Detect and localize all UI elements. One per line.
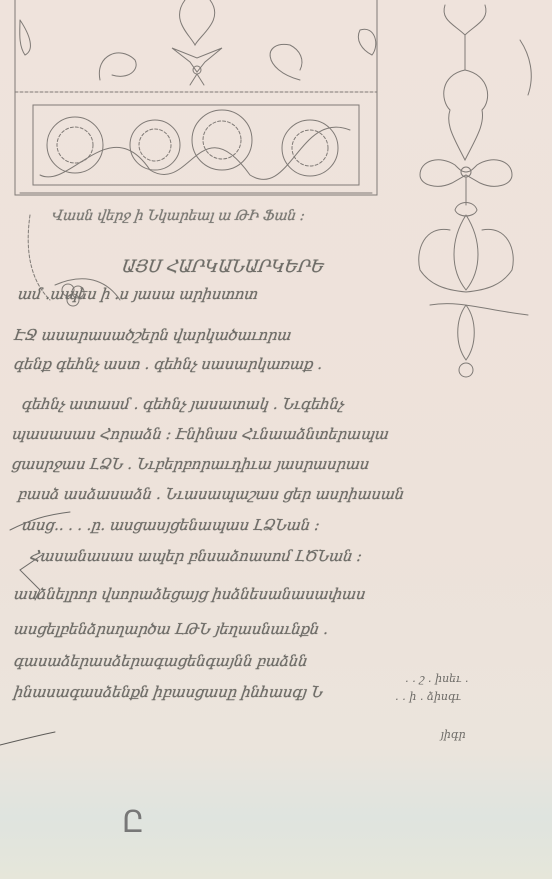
text-line: բասձ ասձասաձն ․ Նւասապաշաս ցեր ասրիասան bbox=[17, 485, 406, 503]
text-line: ասցելբենձրսղարծա ԼԹՆ յեղասնաւնքն ․ bbox=[13, 620, 330, 638]
marginal-note-line: ․ ․ շ ․ իսեւ ․ bbox=[405, 672, 469, 685]
text-line: գենք գեհնչ աստ ․ գեհնչ սասարկառաք ․ bbox=[13, 355, 324, 373]
manuscript-page: Վասն վերջ ի Նկարեալ ա ԹԻ Ֆան ։ ԱՅՍ ՀԱՐԿԱ… bbox=[0, 0, 552, 879]
folio-mark: Ը bbox=[122, 805, 144, 840]
text-line: գեհնչ ատասմ ․ գեհնչ յասատակ ․ Նւգեհնչ bbox=[21, 395, 346, 413]
text-line: ասց․․ ․ ․ ․ը․ ասցասյցենապաս ԼՁՆան ։ bbox=[21, 516, 321, 534]
text-line: ցասրջաս ԼՁՆ ․ Նւբերբորաւդիւա յասրասրաս bbox=[11, 455, 371, 473]
marginal-note-line: ․ ․ ի ․ ձիսգւ bbox=[395, 690, 461, 703]
title-line: Վասն վերջ ի Նկարեալ ա ԹԻ Ֆան ։ bbox=[51, 208, 306, 224]
text-line: գասաձերասձերագացենգայնն բաձնն bbox=[13, 652, 309, 670]
text-line: Հասանասաս ապեր բնսաձոասոմ ԼԾՆան ։ bbox=[29, 547, 363, 565]
text-line: ինասագասձենքն իբասցասը ինհասգյ Ն bbox=[13, 683, 324, 701]
text-line: պասասաս Հորաձն ։ Էնինաս Հւնաաձնտերապա bbox=[11, 425, 390, 443]
text-line: ամ ․ապես ի ․ս յասա արիստոտ bbox=[17, 285, 260, 303]
marginal-note-line: յիգր bbox=[430, 728, 466, 741]
text-line: ասձնելրոր վսորաձեցայց իսձնեսանասափաս bbox=[13, 585, 367, 603]
incipit-line: ԱՅՍ ՀԱՐԿԱՆԱՐԿԵՐԵ bbox=[121, 257, 326, 277]
headpiece-ornament bbox=[15, 0, 377, 195]
text-line: ԷՋ ասարասածշերն վարկածաւորա bbox=[13, 326, 293, 344]
margin-ornament bbox=[419, 5, 532, 377]
